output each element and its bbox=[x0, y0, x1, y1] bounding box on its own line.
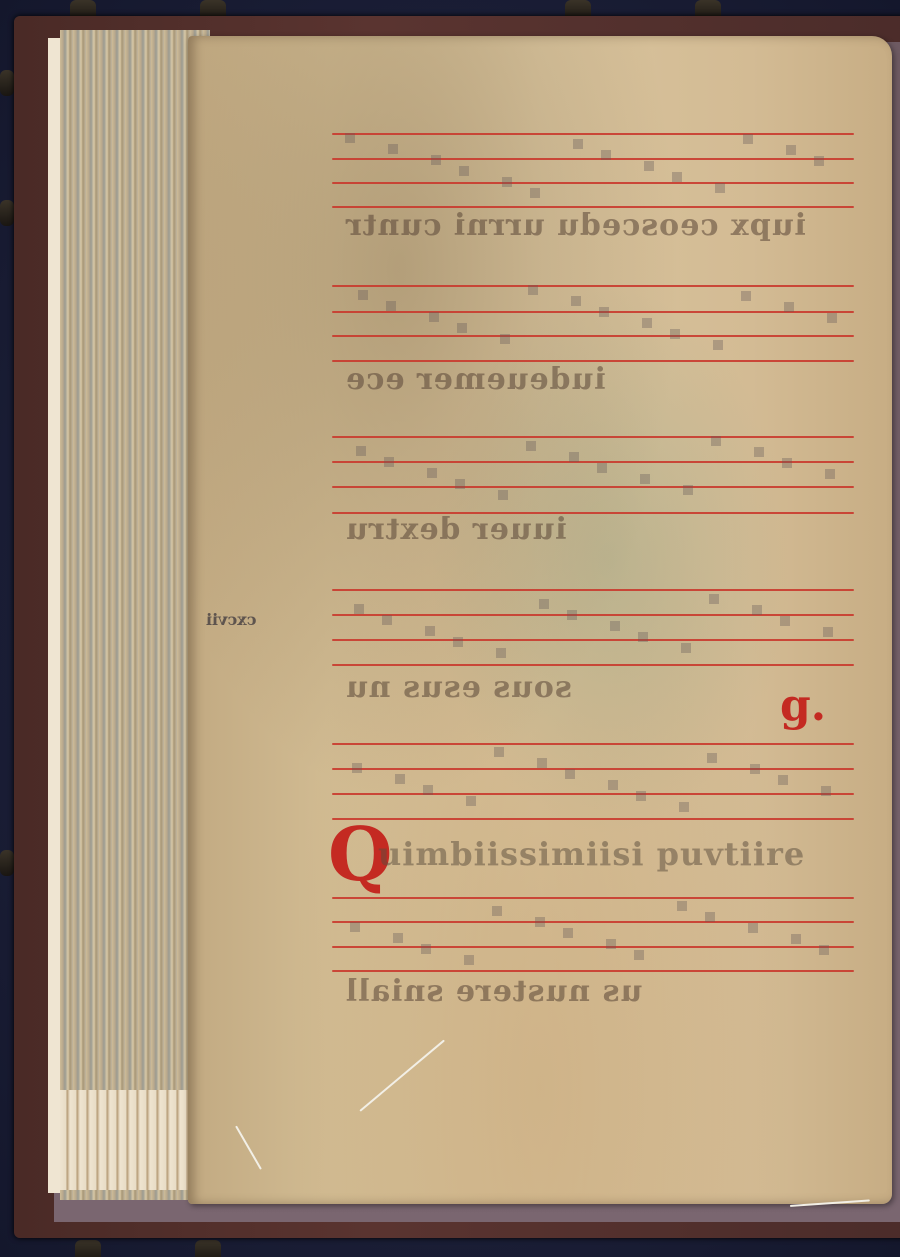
bleed-through-neume bbox=[500, 334, 510, 344]
bleed-through-neume bbox=[644, 161, 654, 171]
bleed-through-neume bbox=[713, 340, 723, 350]
bleed-through-neume bbox=[638, 632, 648, 642]
bleed-through-neume bbox=[492, 906, 502, 916]
bleed-through-neume bbox=[567, 610, 577, 620]
bleed-through-neume bbox=[752, 605, 762, 615]
bleed-through-neume bbox=[608, 780, 618, 790]
bleed-through-text: iupx ceoscedu urrni cuntr bbox=[345, 208, 806, 243]
staff-line bbox=[332, 793, 854, 795]
bleed-through-neume bbox=[431, 155, 441, 165]
bleed-through-neume bbox=[606, 939, 616, 949]
staff-line bbox=[332, 461, 854, 463]
bleed-through-neume bbox=[715, 183, 725, 193]
bleed-through-neume bbox=[459, 166, 469, 176]
bleed-through-neume bbox=[429, 312, 439, 322]
bleed-through-neume bbox=[537, 758, 547, 768]
bleed-through-neume bbox=[573, 139, 583, 149]
bleed-through-neume bbox=[528, 285, 538, 295]
clasp-peg bbox=[0, 850, 14, 876]
bleed-through-neume bbox=[823, 627, 833, 637]
bleed-through-neume bbox=[780, 616, 790, 626]
bleed-through-neume bbox=[352, 763, 362, 773]
bleed-through-neume bbox=[786, 145, 796, 155]
staff-line bbox=[332, 743, 854, 745]
bleed-through-text: iudeuemer ece bbox=[345, 362, 606, 397]
bleed-through-neume bbox=[679, 802, 689, 812]
bleed-through-neume bbox=[707, 753, 717, 763]
bleed-through-neume bbox=[457, 323, 467, 333]
bleed-through-neume bbox=[711, 436, 721, 446]
rubric-letter: g. bbox=[780, 680, 826, 731]
bleed-through-neume bbox=[354, 604, 364, 614]
bleed-through-neume bbox=[386, 301, 396, 311]
bleed-through-neume bbox=[610, 621, 620, 631]
bleed-through-neume bbox=[494, 747, 504, 757]
bleed-through-neume bbox=[741, 291, 751, 301]
staff-line bbox=[332, 133, 854, 135]
bleed-through-neume bbox=[496, 648, 506, 658]
bleed-through-neume bbox=[498, 490, 508, 500]
bleed-through-neume bbox=[453, 637, 463, 647]
bleed-through-neume bbox=[427, 468, 437, 478]
staff-line bbox=[332, 614, 854, 616]
bleed-through-neume bbox=[601, 150, 611, 160]
clasp-peg bbox=[75, 1240, 101, 1257]
bleed-through-neume bbox=[597, 463, 607, 473]
clasp-peg bbox=[195, 1240, 221, 1257]
bleed-through-text: sous esus nu bbox=[345, 670, 572, 705]
bleed-through-neume bbox=[571, 296, 581, 306]
bleed-through-neume bbox=[784, 302, 794, 312]
initial-text-line: uimbiissimiisi puvtiire bbox=[378, 835, 805, 873]
bleed-through-neume bbox=[791, 934, 801, 944]
bleed-through-text: us nustere sniall bbox=[345, 974, 642, 1009]
bleed-through-text: iuuer dextru bbox=[345, 512, 567, 547]
bleed-through-neume bbox=[672, 172, 682, 182]
bleed-through-neume bbox=[395, 774, 405, 784]
folio-number: cxcvii bbox=[206, 610, 256, 629]
bleed-through-neume bbox=[681, 643, 691, 653]
bleed-through-neume bbox=[388, 144, 398, 154]
bleed-through-neume bbox=[455, 479, 465, 489]
bleed-through-neume bbox=[754, 447, 764, 457]
bleed-through-neume bbox=[640, 474, 650, 484]
bleed-through-neume bbox=[530, 188, 540, 198]
bleed-through-neume bbox=[569, 452, 579, 462]
bleed-through-neume bbox=[642, 318, 652, 328]
bleed-through-neume bbox=[748, 923, 758, 933]
staff-line bbox=[332, 946, 854, 948]
bleed-through-neume bbox=[356, 446, 366, 456]
bleed-through-neume bbox=[825, 469, 835, 479]
staff-line bbox=[332, 639, 854, 641]
bleed-through-neume bbox=[782, 458, 792, 468]
bleed-through-neume bbox=[425, 626, 435, 636]
staff-line bbox=[332, 768, 854, 770]
bleed-through-neume bbox=[670, 329, 680, 339]
bleed-through-neume bbox=[705, 912, 715, 922]
bleed-through-neume bbox=[677, 901, 687, 911]
bleed-through-neume bbox=[827, 313, 837, 323]
bleed-through-neume bbox=[778, 775, 788, 785]
staff-line bbox=[332, 311, 854, 313]
bleed-through-neume bbox=[423, 785, 433, 795]
staff-line bbox=[332, 182, 854, 184]
staff-line bbox=[332, 436, 854, 438]
bleed-through-neume bbox=[421, 944, 431, 954]
bleed-through-neume bbox=[345, 133, 355, 143]
staff-line bbox=[332, 589, 854, 591]
bleed-through-neume bbox=[636, 791, 646, 801]
bleed-through-neume bbox=[709, 594, 719, 604]
staff-line bbox=[332, 921, 854, 923]
bleed-through-neume bbox=[466, 796, 476, 806]
bleed-through-neume bbox=[382, 615, 392, 625]
staff-line bbox=[332, 897, 854, 899]
bleed-through-neume bbox=[350, 922, 360, 932]
bleed-through-neume bbox=[535, 917, 545, 927]
bleed-through-neume bbox=[821, 786, 831, 796]
bleed-through-neume bbox=[464, 955, 474, 965]
bleed-through-neume bbox=[683, 485, 693, 495]
bleed-through-neume bbox=[599, 307, 609, 317]
staff-line bbox=[332, 158, 854, 160]
bleed-through-neume bbox=[814, 156, 824, 166]
bleed-through-neume bbox=[750, 764, 760, 774]
bleed-through-neume bbox=[565, 769, 575, 779]
clasp-peg bbox=[0, 70, 14, 96]
staff-line bbox=[332, 818, 854, 820]
bleed-through-neume bbox=[526, 441, 536, 451]
clasp-peg bbox=[0, 200, 14, 226]
staff-line bbox=[332, 486, 854, 488]
bleed-through-neume bbox=[634, 950, 644, 960]
staff-line bbox=[332, 335, 854, 337]
bleed-through-neume bbox=[819, 945, 829, 955]
bleed-through-neume bbox=[539, 599, 549, 609]
bleed-through-neume bbox=[502, 177, 512, 187]
staff-line bbox=[332, 970, 854, 972]
bleed-through-neume bbox=[743, 134, 753, 144]
bleed-through-neume bbox=[393, 933, 403, 943]
bleed-through-neume bbox=[563, 928, 573, 938]
bleed-through-neume bbox=[384, 457, 394, 467]
staff-line bbox=[332, 664, 854, 666]
bleed-through-neume bbox=[358, 290, 368, 300]
staff-line bbox=[332, 285, 854, 287]
